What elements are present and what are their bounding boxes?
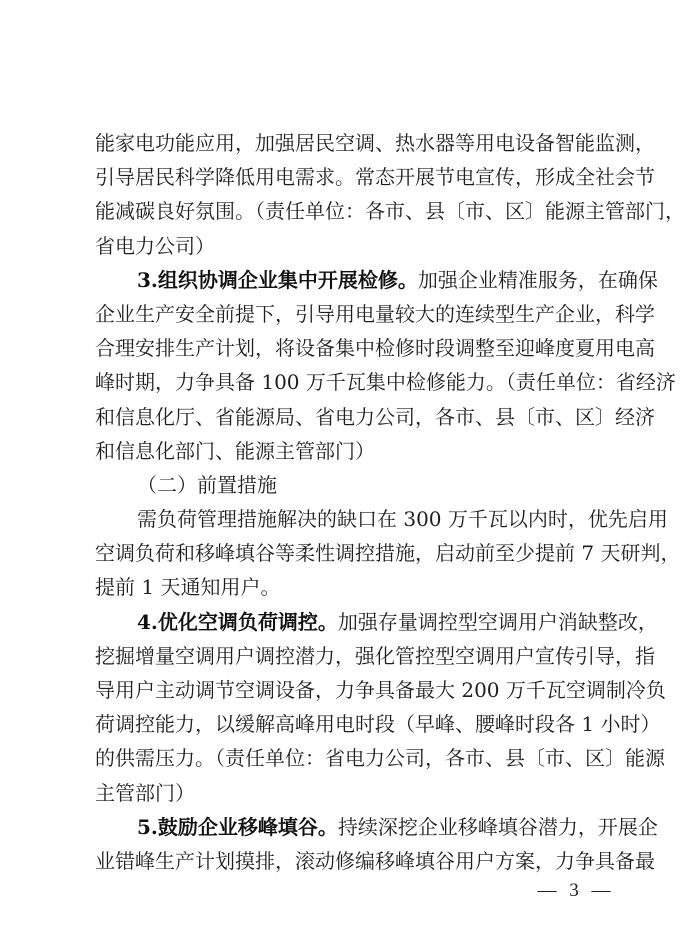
- section-3-heading: 3.组织协调企业集中开展检修。: [137, 268, 418, 292]
- paragraph-line: 需负荷管理措施解决的缺口在 300 万千瓦以内时，优先启用: [95, 504, 613, 538]
- paragraph-line: 企业生产安全前提下，引导用电量较大的连续型生产企业，科学: [95, 299, 613, 333]
- paragraph-line: 业错峰生产计划摸排，滚动修编移峰填谷用户方案，力争具备最: [95, 846, 613, 880]
- paragraph-line: 能减碳良好氛围。（责任单位：各市、县〔市、区〕能源主管部门，: [95, 196, 613, 230]
- document-body: 能家电功能应用，加强居民空调、热水器等用电设备智能监测， 引导居民科学降低用电需…: [95, 128, 613, 880]
- paragraph-line: 能家电功能应用，加强居民空调、热水器等用电设备智能监测，: [95, 128, 613, 162]
- paragraph-line: 峰时期，力争具备 100 万千瓦集中检修能力。（责任单位：省经济: [95, 367, 613, 401]
- paragraph-line: 导用户主动调节空调设备，力争具备最大 200 万千瓦空调制冷负: [95, 675, 613, 709]
- paragraph-line: 和信息化部门、能源主管部门）: [95, 436, 613, 470]
- section-4-first-line: 4.优化空调负荷调控。加强存量调控型空调用户消缺整改，: [95, 607, 613, 641]
- document-page: 能家电功能应用，加强居民空调、热水器等用电设备智能监测， 引导居民科学降低用电需…: [0, 0, 700, 931]
- section-3-text: 加强企业精准服务，在确保: [418, 268, 658, 292]
- section-3-first-line: 3.组织协调企业集中开展检修。加强企业精准服务，在确保: [95, 265, 613, 299]
- paragraph-line: 挖掘增量空调用户调控潜力，强化管控型空调用户宣传引导，指: [95, 641, 613, 675]
- paragraph-line: 提前 1 天通知用户。: [95, 572, 613, 606]
- paragraph-line: 合理安排生产计划，将设备集中检修时段调整至迎峰度夏用电高: [95, 333, 613, 367]
- section-4-heading: 4.优化空调负荷调控。: [137, 610, 338, 634]
- section-5-first-line: 5.鼓励企业移峰填谷。持续深挖企业移峰填谷潜力，开展企: [95, 812, 613, 846]
- paragraph-line: 和信息化厅、省能源局、省电力公司，各市、县〔市、区〕经济: [95, 402, 613, 436]
- page-number: — 3 —: [530, 880, 622, 902]
- paragraph-line: 引导居民科学降低用电需求。常态开展节电宣传，形成全社会节: [95, 162, 613, 196]
- subsection-heading-preconditions: （二）前置措施: [95, 470, 613, 504]
- section-5-text: 持续深挖企业移峰填谷潜力，开展企: [338, 815, 658, 839]
- section-5-heading: 5.鼓励企业移峰填谷。: [137, 815, 338, 839]
- paragraph-line: 的供需压力。（责任单位：省电力公司，各市、县〔市、区〕能源: [95, 743, 613, 777]
- paragraph-line: 省电力公司）: [95, 231, 613, 265]
- section-4-text: 加强存量调控型空调用户消缺整改，: [338, 610, 658, 634]
- paragraph-line: 荷调控能力，以缓解高峰用电时段（早峰、腰峰时段各 1 小时）: [95, 709, 613, 743]
- paragraph-line: 空调负荷和移峰填谷等柔性调控措施，启动前至少提前 7 天研判，: [95, 538, 613, 572]
- paragraph-line: 主管部门）: [95, 778, 613, 812]
